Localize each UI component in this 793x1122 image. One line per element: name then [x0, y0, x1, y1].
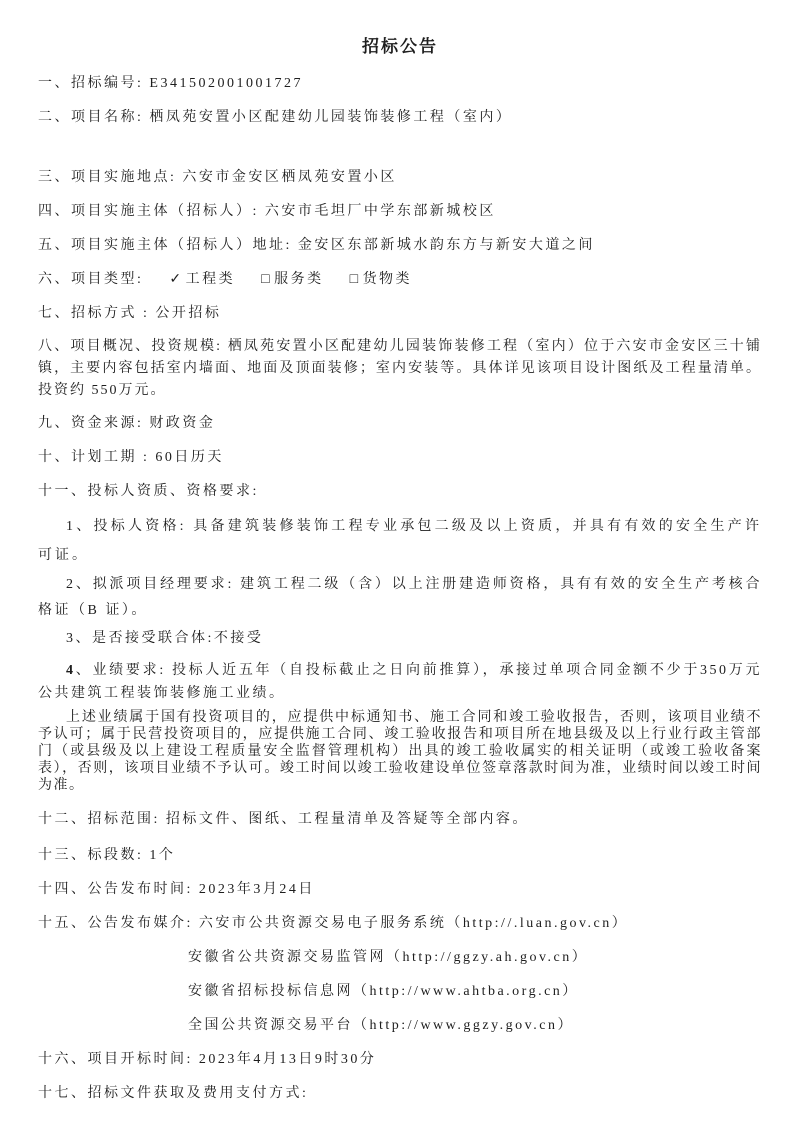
field-project-name: 二、项目名称: 栖凤苑安置小区配建幼儿园装饰装修工程（室内）: [38, 108, 762, 128]
field-tender-method: 七、招标方式 : 公开招标: [38, 304, 762, 324]
qualification-item-bidder: 1、投标人资格: 具备建筑装修装饰工程专业承包二级及以上资质，并具有有效的安全生…: [38, 512, 762, 570]
field-planned-duration: 十、计划工期 : 60日历天: [38, 448, 762, 468]
project-type-option-label: 工程类: [186, 272, 236, 287]
field-document-access: 十七、招标文件获取及费用支付方式:: [38, 1084, 762, 1104]
field-section-count: 十三、标段数: 1个: [38, 846, 762, 866]
field-announcement-media: 十五、公告发布媒介: 六安市公共资源交易电子服务系统（http://.luan.…: [38, 914, 762, 934]
project-type-option-engineering: ✓工程类: [169, 272, 235, 287]
project-type-option-label: 货物类: [363, 272, 413, 287]
announcement-media-site-2: 安徽省公共资源交易监管网（http://ggzy.ah.gov.cn）: [38, 948, 762, 968]
field-tender-scope: 十二、招标范围: 招标文件、图纸、工程量清单及答疑等全部内容。: [38, 810, 762, 830]
field-project-location: 三、项目实施地点: 六安市金安区栖凤苑安置小区: [38, 168, 762, 188]
field-owner-address: 五、项目实施主体（招标人）地址: 金安区东部新城水韵东方与新安大道之间: [38, 236, 762, 256]
check-mark-icon: ✓: [169, 272, 183, 287]
qualification-item-performance: 4、业绩要求: 投标人近五年（自投标截止之日向前推算），承接过单项合同金额不少于…: [38, 659, 762, 705]
qualification-heading: 十一、投标人资质、资格要求:: [38, 482, 762, 502]
empty-checkbox-icon: □: [261, 272, 272, 287]
announcement-media-site-3: 安徽省招标投标信息网（http://www.ahtba.org.cn）: [38, 982, 762, 1002]
project-type-label: 六、项目类型:: [38, 272, 143, 287]
qualification-item-consortium: 3、是否接受联合体:不接受: [38, 629, 762, 649]
field-project-type: 六、项目类型:✓工程类□服务类□货物类: [38, 270, 762, 290]
field-tender-number: 一、招标编号: E341502001001727: [38, 74, 762, 94]
field-project-owner: 四、项目实施主体（招标人）: 六安市毛坦厂中学东部新城校区: [38, 202, 762, 222]
performance-requirement-note: 上述业绩属于国有投资项目的，应提供中标通知书、施工合同和竣工验收报告，否则，该项…: [38, 709, 762, 794]
project-type-option-service: □服务类: [261, 272, 323, 287]
performance-item-text: 、业绩要求: 投标人近五年（自投标截止之日向前推算），承接过单项合同金额不少于3…: [38, 663, 762, 701]
field-funding-source: 九、资金来源: 财政资金: [38, 414, 762, 434]
field-project-overview: 八、项目概况、投资规模: 栖凤苑安置小区配建幼儿园装饰装修工程（室内）位于六安市…: [38, 336, 762, 402]
qualification-item-manager: 2、拟派项目经理要求: 建筑工程二级（含）以上注册建造师资格，具有有效的安全生产…: [38, 572, 762, 624]
project-type-option-label: 服务类: [274, 272, 324, 287]
field-bid-opening-time: 十六、项目开标时间: 2023年4月13日9时30分: [38, 1050, 762, 1070]
empty-checkbox-icon: □: [350, 272, 361, 287]
document-title: 招标公告: [38, 34, 762, 60]
field-announcement-date: 十四、公告发布时间: 2023年3月24日: [38, 880, 762, 900]
announcement-media-site-4: 全国公共资源交易平台（http://www.ggzy.gov.cn）: [38, 1016, 762, 1036]
tender-announcement-document: 招标公告 一、招标编号: E341502001001727 二、项目名称: 栖凤…: [0, 0, 793, 1122]
performance-item-number: 4: [66, 663, 76, 678]
project-type-option-goods: □货物类: [350, 272, 412, 287]
